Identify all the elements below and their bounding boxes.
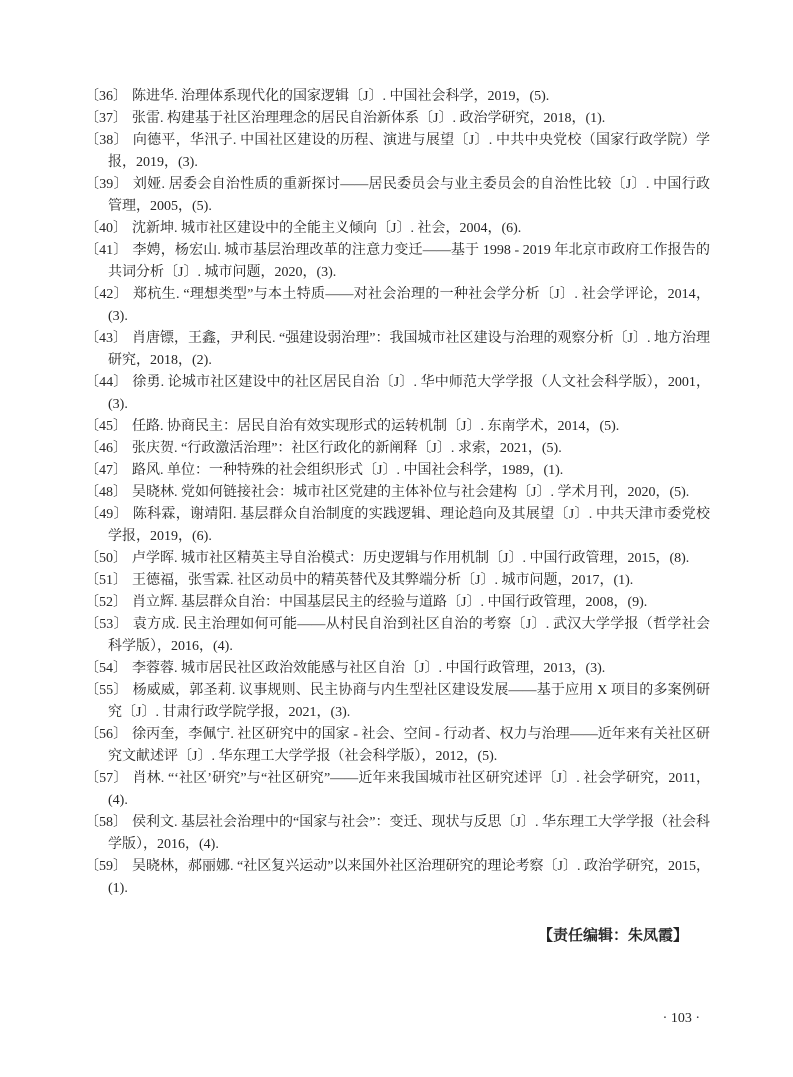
reference-text: 李蓉蓉. 城市居民社区政治效能感与社区自治〔J〕. 中国行政管理，2013，(3…	[132, 661, 605, 676]
reference-item: 〔49〕陈科霖，谢靖阳. 基层群众自治制度的实践逻辑、理论趋向及其展望〔J〕. …	[85, 504, 710, 548]
reference-number: 〔52〕	[85, 595, 127, 610]
reference-number: 〔53〕	[85, 617, 128, 632]
reference-item: 〔44〕徐勇. 论城市社区建设中的社区居民自治〔J〕. 华中师范大学学报（人文社…	[85, 372, 710, 416]
reference-text: 王德福，张雪霖. 社区动员中的精英替代及其弊端分析〔J〕. 城市问题，2017，…	[132, 573, 633, 588]
reference-item: 〔58〕侯利文. 基层社会治理中的“国家与社会”：变迁、现状与反思〔J〕. 华东…	[85, 812, 710, 856]
reference-text: 吴晓林，郝丽娜. “社区复兴运动”以来国外社区治理研究的理论考察〔J〕. 政治学…	[108, 859, 710, 896]
reference-item: 〔52〕肖立辉. 基层群众自治：中国基层民主的经验与道路〔J〕. 中国行政管理，…	[85, 592, 710, 614]
reference-text: 路风. 单位：一种特殊的社会组织形式〔J〕. 中国社会科学，1989，(1).	[132, 463, 563, 478]
reference-number: 〔51〕	[85, 573, 127, 588]
reference-item: 〔39〕刘娅. 居委会自治性质的重新探讨——居民委员会与业主委员会的自治性比较〔…	[85, 174, 710, 218]
reference-number: 〔59〕	[85, 859, 127, 874]
reference-number: 〔58〕	[85, 815, 127, 830]
references-list: 〔36〕陈进华. 治理体系现代化的国家逻辑〔J〕. 中国社会科学，2019，(5…	[85, 86, 710, 900]
reference-number: 〔39〕	[85, 177, 128, 192]
reference-number: 〔41〕	[85, 243, 127, 258]
responsible-editor-note: 【责任编辑：朱凤霞】	[85, 926, 710, 946]
reference-text: 张庆贺. “行政激活治理”：社区行政化的新阐释〔J〕. 求索，2021，(5).	[132, 441, 562, 456]
reference-item: 〔47〕路风. 单位：一种特殊的社会组织形式〔J〕. 中国社会科学，1989，(…	[85, 460, 710, 482]
reference-item: 〔50〕卢学晖. 城市社区精英主导自治模式：历史逻辑与作用机制〔J〕. 中国行政…	[85, 548, 710, 570]
reference-number: 〔56〕	[85, 727, 127, 742]
reference-item: 〔53〕袁方成. 民主治理如何可能——从村民自治到社区自治的考察〔J〕. 武汉大…	[85, 614, 710, 658]
reference-text: 刘娅. 居委会自治性质的重新探讨——居民委员会与业主委员会的自治性比较〔J〕. …	[108, 177, 710, 214]
reference-text: 向德平，华汛子. 中国社区建设的历程、演进与展望〔J〕. 中共中央党校（国家行政…	[108, 133, 710, 170]
reference-text: 郑杭生. “理想类型”与本土特质——对社会治理的一种社会学分析〔J〕. 社会学评…	[108, 287, 710, 324]
reference-item: 〔45〕任路. 协商民主：居民自治有效实现形式的运转机制〔J〕. 东南学术，20…	[85, 416, 710, 438]
reference-text: 张雷. 构建基于社区治理理念的居民自治新体系〔J〕. 政治学研究，2018，(1…	[132, 111, 605, 126]
reference-item: 〔37〕张雷. 构建基于社区治理理念的居民自治新体系〔J〕. 政治学研究，201…	[85, 108, 710, 130]
reference-number: 〔54〕	[85, 661, 127, 676]
reference-item: 〔42〕郑杭生. “理想类型”与本土特质——对社会治理的一种社会学分析〔J〕. …	[85, 284, 710, 328]
reference-item: 〔43〕肖唐镖，王鑫，尹利民. “强建设弱治理”：我国城市社区建设与治理的观察分…	[85, 328, 710, 372]
reference-text: 李娉，杨宏山. 城市基层治理改革的注意力变迁——基于 1998 - 2019 年…	[108, 243, 710, 280]
reference-number: 〔38〕	[85, 133, 128, 148]
reference-text: 肖立辉. 基层群众自治：中国基层民主的经验与道路〔J〕. 中国行政管理，2008…	[132, 595, 647, 610]
reference-text: 徐勇. 论城市社区建设中的社区居民自治〔J〕. 华中师范大学学报（人文社会科学版…	[108, 375, 710, 412]
reference-number: 〔50〕	[85, 551, 127, 566]
reference-item: 〔54〕李蓉蓉. 城市居民社区政治效能感与社区自治〔J〕. 中国行政管理，201…	[85, 658, 710, 680]
page-number: · 103 ·	[85, 1010, 710, 1028]
reference-text: 袁方成. 民主治理如何可能——从村民自治到社区自治的考察〔J〕. 武汉大学学报（…	[108, 617, 710, 654]
reference-item: 〔56〕徐丙奎，李佩宁. 社区研究中的国家 - 社会、空间 - 行动者、权力与治…	[85, 724, 710, 768]
reference-item: 〔38〕向德平，华汛子. 中国社区建设的历程、演进与展望〔J〕. 中共中央党校（…	[85, 130, 710, 174]
document-page: 〔36〕陈进华. 治理体系现代化的国家逻辑〔J〕. 中国社会科学，2019，(5…	[0, 0, 793, 1077]
reference-text: 陈进华. 治理体系现代化的国家逻辑〔J〕. 中国社会科学，2019，(5).	[132, 89, 549, 104]
reference-text: 肖林. “‘社区’研究”与“社区研究”——近年来我国城市社区研究述评〔J〕. 社…	[108, 771, 710, 808]
reference-item: 〔41〕李娉，杨宏山. 城市基层治理改革的注意力变迁——基于 1998 - 20…	[85, 240, 710, 284]
reference-number: 〔46〕	[85, 441, 127, 456]
reference-item: 〔36〕陈进华. 治理体系现代化的国家逻辑〔J〕. 中国社会科学，2019，(5…	[85, 86, 710, 108]
reference-item: 〔55〕杨威威，郭圣莉. 议事规则、民主协商与内生型社区建设发展——基于应用 X…	[85, 680, 710, 724]
reference-item: 〔40〕沈新坤. 城市社区建设中的全能主义倾向〔J〕. 社会，2004，(6).	[85, 218, 710, 240]
reference-number: 〔44〕	[85, 375, 127, 390]
reference-number: 〔48〕	[85, 485, 127, 500]
reference-item: 〔59〕吴晓林，郝丽娜. “社区复兴运动”以来国外社区治理研究的理论考察〔J〕.…	[85, 856, 710, 900]
reference-text: 肖唐镖，王鑫，尹利民. “强建设弱治理”：我国城市社区建设与治理的观察分析〔J〕…	[108, 331, 710, 368]
reference-number: 〔42〕	[85, 287, 128, 302]
reference-text: 吴晓林. 党如何链接社会：城市社区党建的主体补位与社会建构〔J〕. 学术月刊，2…	[132, 485, 689, 500]
reference-number: 〔57〕	[85, 771, 127, 786]
reference-number: 〔55〕	[85, 683, 128, 698]
reference-number: 〔45〕	[85, 419, 127, 434]
reference-text: 杨威威，郭圣莉. 议事规则、民主协商与内生型社区建设发展——基于应用 X 项目的…	[108, 683, 710, 720]
reference-text: 卢学晖. 城市社区精英主导自治模式：历史逻辑与作用机制〔J〕. 中国行政管理，2…	[132, 551, 689, 566]
reference-number: 〔43〕	[85, 331, 127, 346]
reference-number: 〔40〕	[85, 221, 127, 236]
reference-number: 〔37〕	[85, 111, 127, 126]
reference-number: 〔49〕	[85, 507, 128, 522]
reference-item: 〔51〕王德福，张雪霖. 社区动员中的精英替代及其弊端分析〔J〕. 城市问题，2…	[85, 570, 710, 592]
reference-item: 〔46〕张庆贺. “行政激活治理”：社区行政化的新阐释〔J〕. 求索，2021，…	[85, 438, 710, 460]
reference-number: 〔47〕	[85, 463, 127, 478]
reference-number: 〔36〕	[85, 89, 127, 104]
reference-item: 〔57〕肖林. “‘社区’研究”与“社区研究”——近年来我国城市社区研究述评〔J…	[85, 768, 710, 812]
reference-item: 〔48〕吴晓林. 党如何链接社会：城市社区党建的主体补位与社会建构〔J〕. 学术…	[85, 482, 710, 504]
reference-text: 陈科霖，谢靖阳. 基层群众自治制度的实践逻辑、理论趋向及其展望〔J〕. 中共天津…	[108, 507, 710, 544]
reference-text: 侯利文. 基层社会治理中的“国家与社会”：变迁、现状与反思〔J〕. 华东理工大学…	[108, 815, 710, 852]
reference-text: 任路. 协商民主：居民自治有效实现形式的运转机制〔J〕. 东南学术，2014，(…	[132, 419, 619, 434]
reference-text: 徐丙奎，李佩宁. 社区研究中的国家 - 社会、空间 - 行动者、权力与治理——近…	[108, 727, 710, 764]
reference-text: 沈新坤. 城市社区建设中的全能主义倾向〔J〕. 社会，2004，(6).	[132, 221, 521, 236]
